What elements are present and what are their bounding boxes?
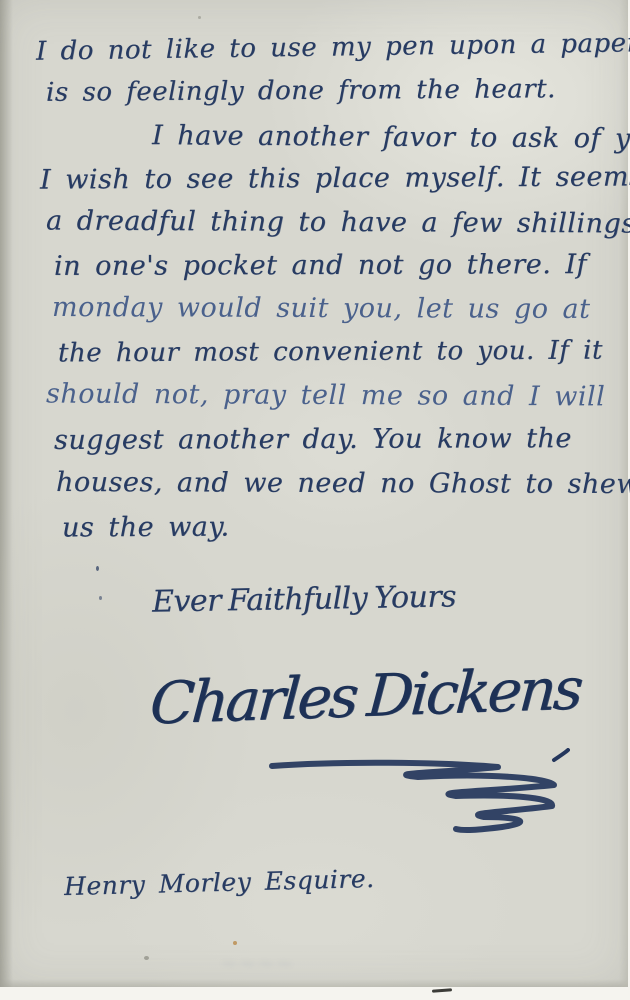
letter-line: a dreadful thing to have a few shillings — [46, 205, 630, 239]
letter-line: the hour most convenient to you. If it — [58, 336, 603, 369]
ink-speck — [96, 566, 99, 571]
letter-line: monday would suit you, let us go at — [52, 292, 591, 325]
ink-speck — [99, 596, 102, 600]
paper-speck — [233, 941, 237, 945]
bottom-edge-mark — [432, 988, 452, 992]
letter-line: houses, and we need no Ghost to shew — [56, 467, 630, 500]
letter-line: in one's pocket and not go there. If — [54, 249, 587, 282]
letter-line: is so feelingly done from the heart. — [46, 74, 556, 108]
paper-speck — [144, 956, 149, 960]
ink-bleed-through: ~~~~ — [220, 952, 294, 977]
letter-line: I wish to see this place myself. It seem… — [40, 161, 630, 195]
paper-speck — [198, 16, 201, 19]
closing-line: Ever Faithfully Yours — [152, 579, 457, 619]
letter-line: us the way. — [62, 512, 230, 544]
letter-line: I have another favor to ask of you. — [152, 120, 630, 155]
letter-line: suggest another day. You know the — [54, 423, 572, 456]
signature-flourish — [260, 748, 570, 840]
scanned-letter: I do not like to use my pen upon a paper… — [0, 0, 630, 1000]
letter-line: should not, pray tell me so and I will — [46, 379, 605, 413]
